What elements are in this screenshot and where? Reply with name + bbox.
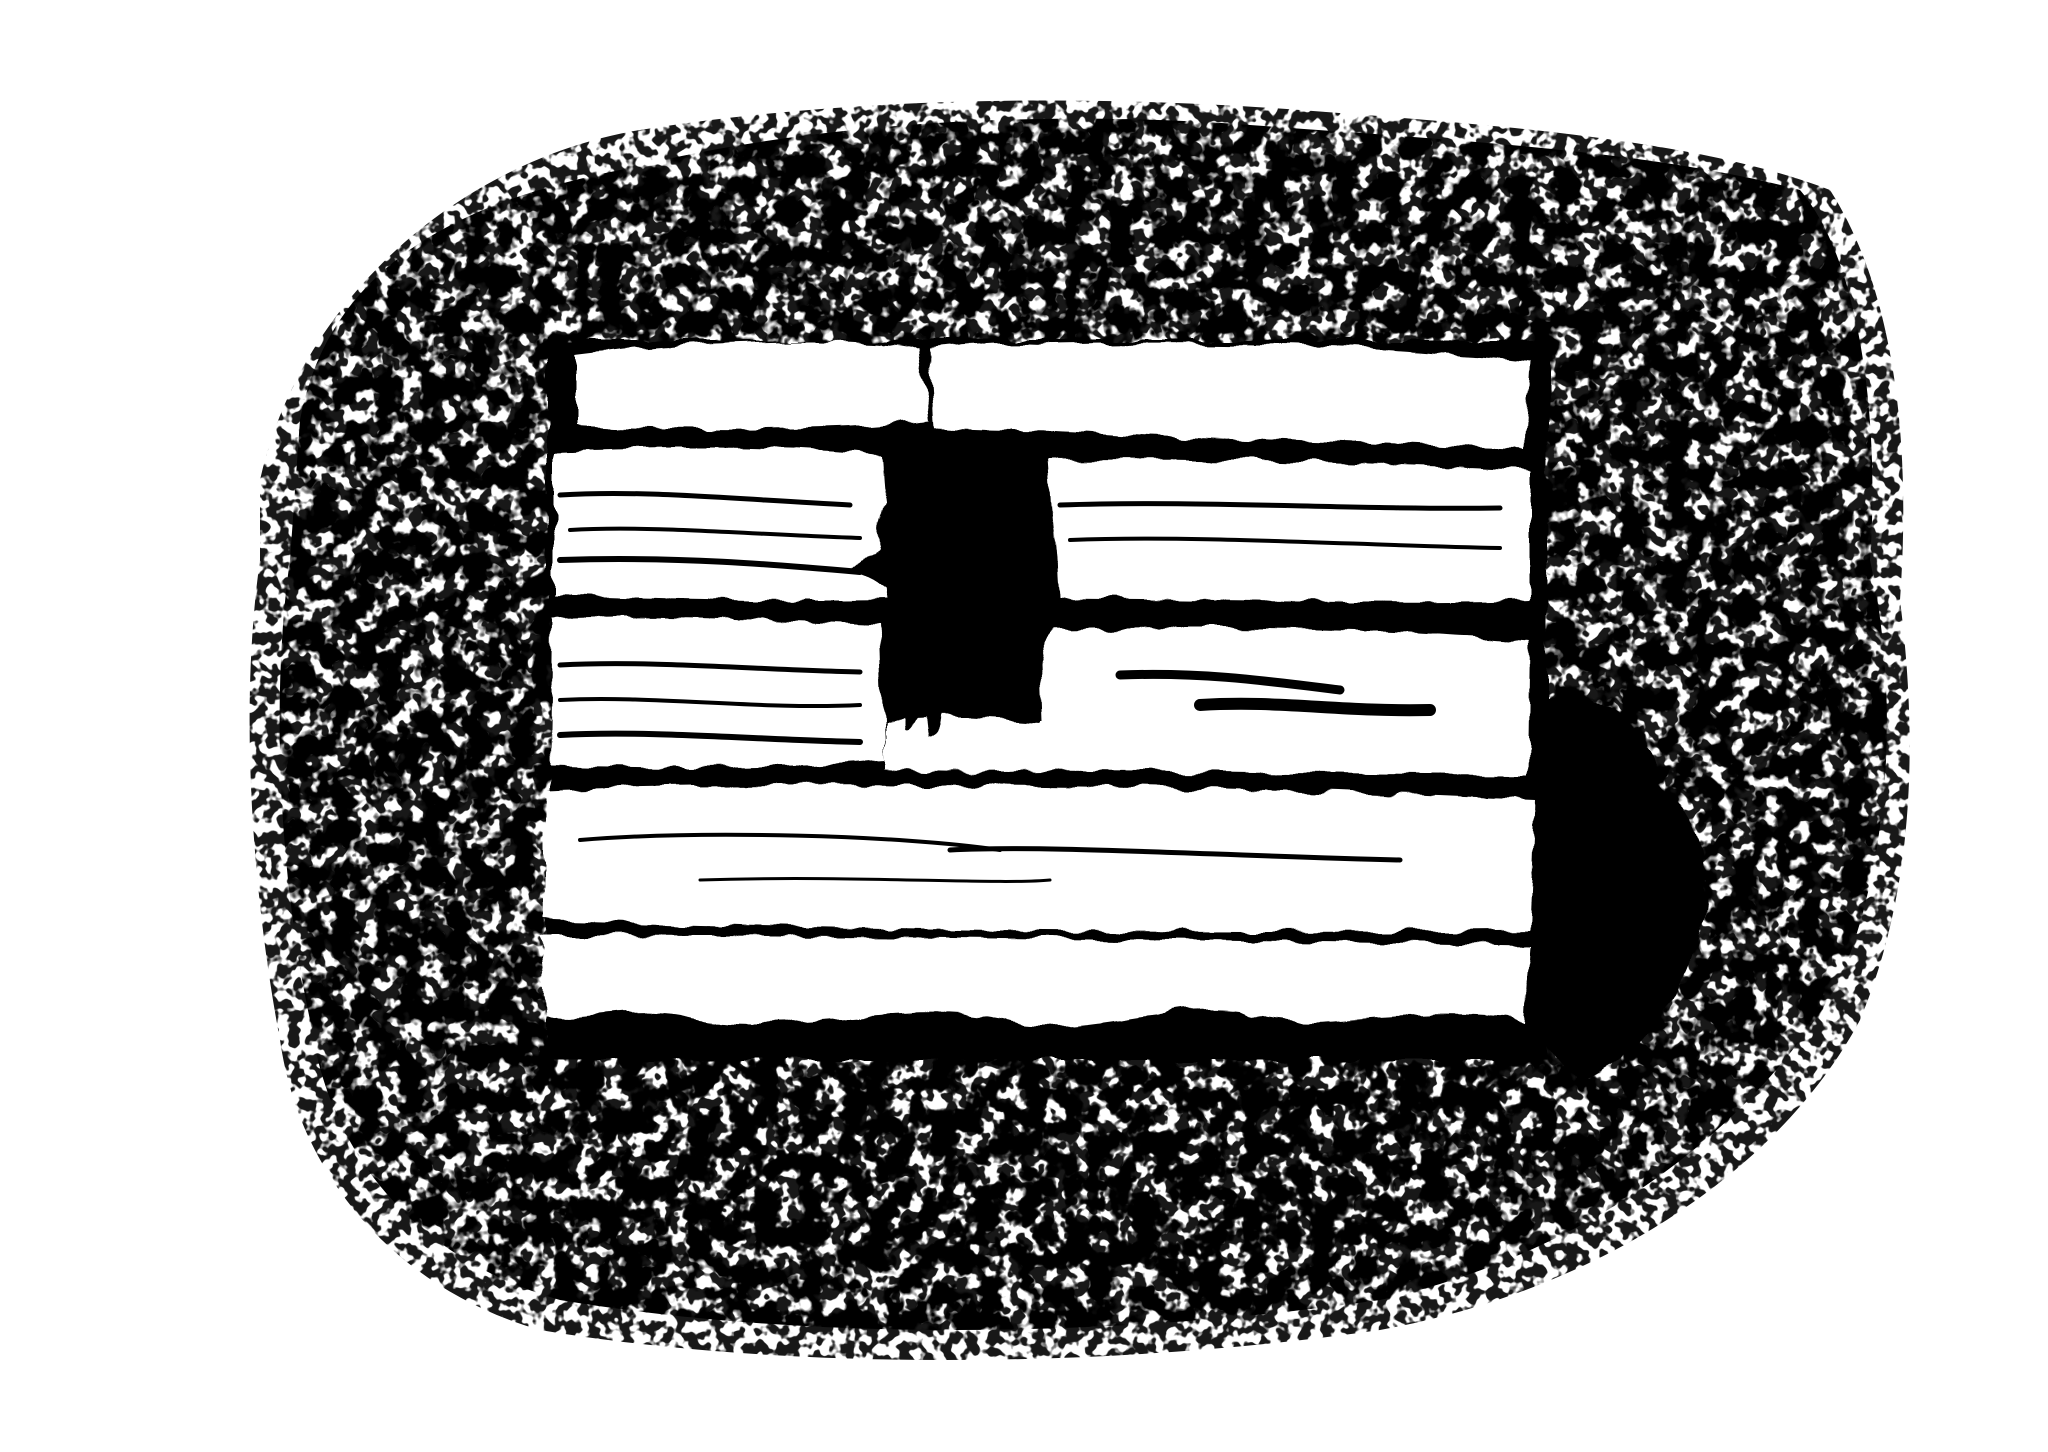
log-band-5: [540, 935, 1530, 1026]
log-band-1: [575, 341, 930, 430]
ink-print-artwork: [0, 0, 2048, 1452]
log-band-2: [555, 448, 890, 601]
log-band-2b: [1050, 460, 1530, 602]
log-band-3: [548, 618, 885, 768]
log-band-1c: [1040, 343, 1530, 450]
